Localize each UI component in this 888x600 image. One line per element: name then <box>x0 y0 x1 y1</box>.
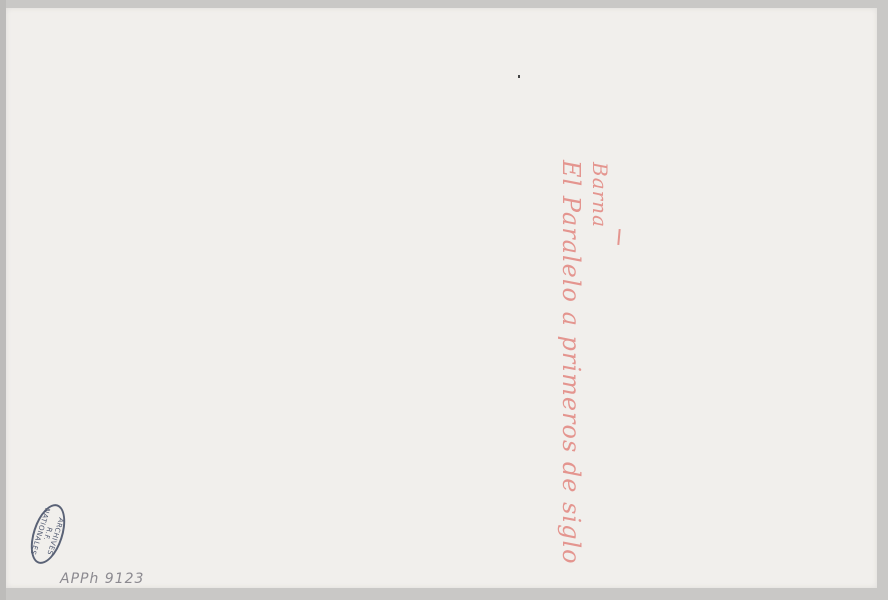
photo-verso-paper <box>6 8 877 588</box>
handwritten-caption: El Paralelo a primeros de siglo <box>557 160 585 565</box>
inventory-number: APPh 9123 <box>60 571 144 587</box>
paper-speck <box>518 75 520 78</box>
handwritten-city-note: Barna <box>588 162 612 228</box>
